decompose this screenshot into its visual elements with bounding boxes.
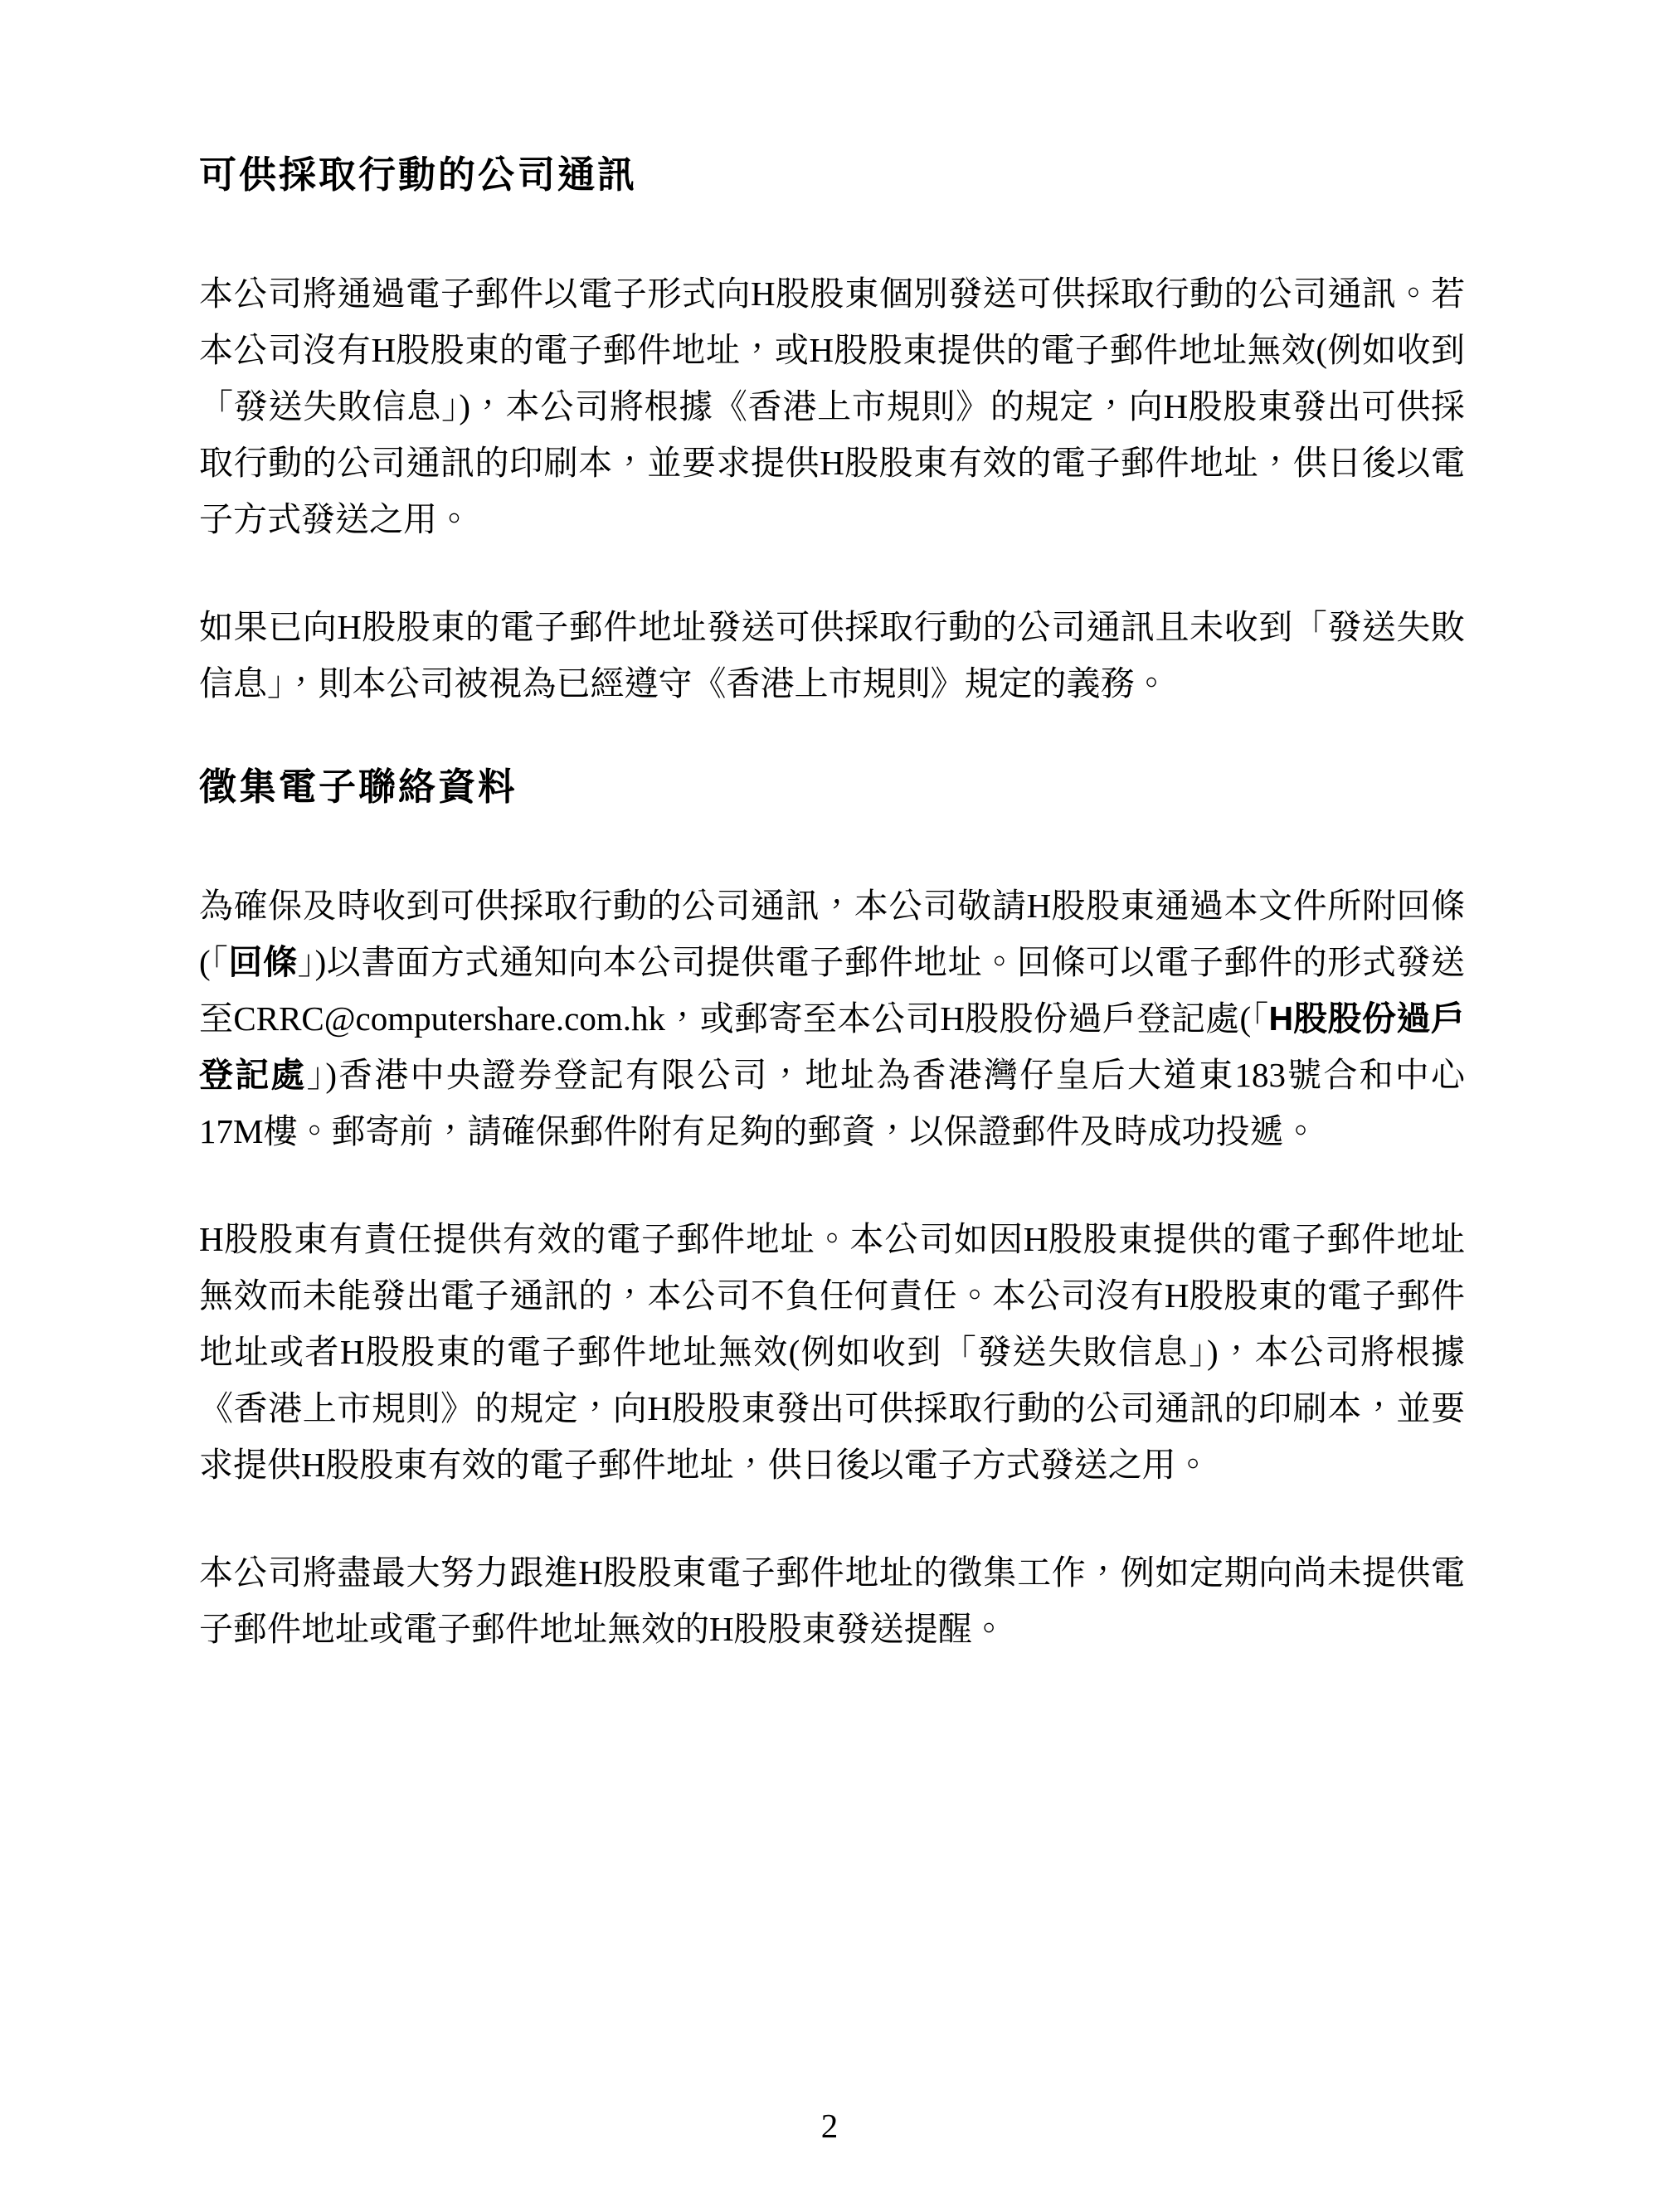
para-shareholder-responsibility: H股股東有責任提供有效的電子郵件地址。本公司如因H股股東提供的電子郵件地址無效而… <box>199 1211 1465 1493</box>
document-body: 可供採取行動的公司通訊本公司將通過電子郵件以電子形式向H股股東個別發送可供採取行… <box>199 151 1465 1709</box>
heading-actionable-corporate-communications: 可供採取行動的公司通訊 <box>199 151 1465 199</box>
para-email-dispatch-policy: 本公司將通過電子郵件以電子形式向H股股東個別發送可供採取行動的公司通訊。若本公司… <box>199 265 1465 547</box>
document-page: 可供採取行動的公司通訊本公司將通過電子郵件以電子形式向H股股東個別發送可供採取行… <box>0 0 1659 2212</box>
para-deemed-compliance: 如果已向H股股東的電子郵件地址發送可供採取行動的公司通訊且未收到「發送失敗信息」… <box>199 599 1465 712</box>
page-number: 2 <box>821 2107 839 2145</box>
para-reply-form-instructions: 為確保及時收到可供採取行動的公司通訊，本公司敬請H股股東通過本文件所附回條(「回… <box>199 878 1465 1159</box>
heading-solicit-electronic-contact-details: 徵集電子聯絡資料 <box>199 763 1465 811</box>
page-footer: 2 <box>0 2106 1659 2146</box>
para-follow-up-reminders: 本公司將盡最大努力跟進H股股東電子郵件地址的徵集工作，例如定期向尚未提供電子郵件… <box>199 1544 1465 1657</box>
